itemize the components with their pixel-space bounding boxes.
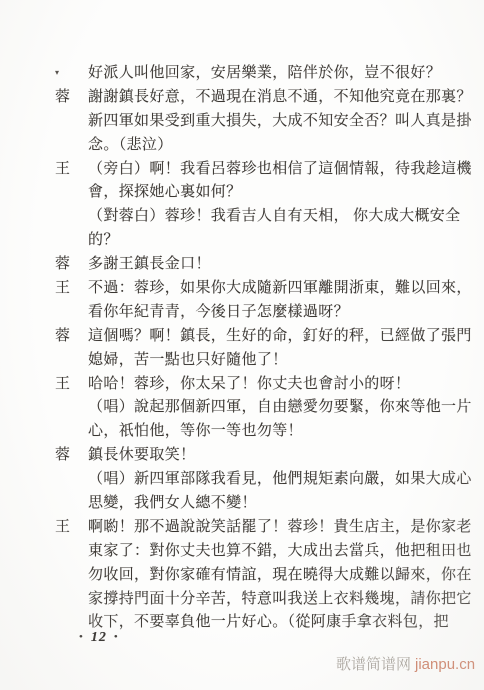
watermark-site-domain: jianpu.cn xyxy=(415,656,475,673)
dialogue-text: 啊喲！那不過說說笑話罷了！蓉珍！貴生店主，是你家老 xyxy=(88,516,472,540)
dialogue-text: （旁白）啊！我看呂蓉珍也相信了這個情報，待我趁這機 xyxy=(88,158,472,182)
speaker-label: 王 xyxy=(55,158,88,182)
script-line: 思變，我們女人總不變！ xyxy=(55,492,457,516)
script-line: （唱）說起那個新四軍，自由戀愛勿要緊，你來等他一片 xyxy=(55,396,457,420)
page-number-value: 12 xyxy=(91,630,107,645)
speaker-label: 蓉 xyxy=(55,325,88,349)
script-line: 王 （旁白）啊！我看呂蓉珍也相信了這個情報，待我趁這機 xyxy=(55,158,457,182)
speaker-label: 王 xyxy=(55,373,88,397)
script-line: 家撐持門面十分辛苦，特意叫我送上衣料幾塊，請你把它 xyxy=(55,588,457,612)
page-number-dot-right: • xyxy=(107,631,126,643)
script-line: ▾ 好派人叫他回家，安居樂業，陪伴於你，豈不很好？ xyxy=(55,62,457,86)
speaker-label xyxy=(55,349,88,373)
script-line: 蓉 多謝王鎮長金口！ xyxy=(55,253,457,277)
speaker-label xyxy=(55,420,88,444)
script-line: 蓉 謝謝鎮長好意，不過現在消息不通，不知他究竟在那裏？ xyxy=(55,86,457,110)
dialogue-text: 新四軍如果受到重大損失，大成不知安全否？叫人真是掛 xyxy=(88,110,472,134)
dialogue-text: 收下，不要辜負他一片好心。（從阿康手拿衣料包，把 xyxy=(88,611,457,635)
dialogue-text: 東家了：對你丈夫也算不錯，大成出去當兵，他把租田也 xyxy=(88,540,472,564)
speaker-label xyxy=(55,492,88,516)
dialogue-text: 念。（悲泣） xyxy=(88,134,457,158)
speaker-label xyxy=(55,134,88,158)
document-page: ▾ 好派人叫他回家，安居樂業，陪伴於你，豈不很好？ 蓉 謝謝鎮長好意，不過現在消… xyxy=(0,0,484,690)
script-line: 王 啊喲！那不過說說笑話罷了！蓉珍！貴生店主，是你家老 xyxy=(55,516,457,540)
speaker-label: 王 xyxy=(55,277,88,301)
dialogue-text: 勿收回，對你家確有情誼，現在曉得大成難以歸來，你在 xyxy=(88,564,472,588)
dialogue-text: 的？ xyxy=(88,229,457,253)
speaker-label: 蓉 xyxy=(55,86,88,110)
dialogue-text: （唱）說起那個新四軍，自由戀愛勿要緊，你來等他一片 xyxy=(88,396,472,420)
script-text: ▾ 好派人叫他回家，安居樂業，陪伴於你，豈不很好？ 蓉 謝謝鎮長好意，不過現在消… xyxy=(55,62,457,635)
script-line: 新四軍如果受到重大損失，大成不知安全否？叫人真是掛 xyxy=(55,110,457,134)
script-line: 念。（悲泣） xyxy=(55,134,457,158)
dialogue-text: 心，祇怕他，等你一等也勿等！ xyxy=(88,420,457,444)
speaker-label xyxy=(55,229,88,253)
script-line: 蓉 這個嗎？啊！鎮長，生好的命，釘好的秤，已經做了張門 xyxy=(55,325,457,349)
speaker-label: 蓉 xyxy=(55,253,88,277)
script-line: 王 不過：蓉珍，如果你大成隨新四軍離開浙東，難以回來， xyxy=(55,277,457,301)
dialogue-text: 思變，我們女人總不變！ xyxy=(88,492,457,516)
dialogue-text: 家撐持門面十分辛苦，特意叫我送上衣料幾塊，請你把它 xyxy=(88,588,472,612)
script-line: 王 哈哈！蓉珍，你太呆了！你丈夫也會討小的呀！ xyxy=(55,373,457,397)
speaker-label xyxy=(55,205,88,229)
speaker-label xyxy=(55,301,88,325)
script-line: 蓉 鎮長休要取笑！ xyxy=(55,444,457,468)
page-number: •12• xyxy=(72,630,126,646)
dialogue-text: 看你年紀青青，今後日子怎麼樣過呀？ xyxy=(88,301,457,325)
speaker-label: 王 xyxy=(55,516,88,540)
dialogue-text: （對蓉白）蓉珍！我看吉人自有天相， 你大成大概安全 xyxy=(88,205,461,229)
script-line: 心，祇怕他，等你一等也勿等！ xyxy=(55,420,457,444)
speaker-label xyxy=(55,564,88,588)
speaker-label xyxy=(55,396,88,420)
dialogue-text: 好派人叫他回家，安居樂業，陪伴於你，豈不很好？ xyxy=(88,62,457,86)
script-line: （唱）新四軍部隊我看見，他們規矩素向嚴，如果大成心 xyxy=(55,468,457,492)
script-line: 東家了：對你丈夫也算不錯，大成出去當兵，他把租田也 xyxy=(55,540,457,564)
script-line: 看你年紀青青，今後日子怎麼樣過呀？ xyxy=(55,301,457,325)
dialogue-text: 媳婦，苦一點也只好隨他了！ xyxy=(88,349,457,373)
watermark-site-name: 歌谱简谱网 xyxy=(336,656,411,673)
dialogue-text: 會，探探她心裏如何？ xyxy=(88,181,457,205)
script-line: 勿收回，對你家確有情誼，現在曉得大成難以歸來，你在 xyxy=(55,564,457,588)
dialogue-text: 哈哈！蓉珍，你太呆了！你丈夫也會討小的呀！ xyxy=(88,373,457,397)
dialogue-text: 這個嗎？啊！鎮長，生好的命，釘好的秤，已經做了張門 xyxy=(88,325,472,349)
speaker-label xyxy=(55,110,88,134)
speaker-label: ▾ xyxy=(55,62,88,86)
speaker-label xyxy=(55,588,88,612)
dialogue-text: 謝謝鎮長好意，不過現在消息不通，不知他究竟在那裏？ xyxy=(88,86,472,110)
dialogue-text: 鎮長休要取笑！ xyxy=(88,444,457,468)
script-line: 會，探探她心裏如何？ xyxy=(55,181,457,205)
page-number-dot-left: • xyxy=(72,631,91,643)
watermark: 歌谱简谱网jianpu.cn xyxy=(336,653,475,674)
dialogue-text: （唱）新四軍部隊我看見，他們規矩素向嚴，如果大成心 xyxy=(88,468,472,492)
dialogue-text: 不過：蓉珍，如果你大成隨新四軍離開浙東，難以回來， xyxy=(88,277,472,301)
speaker-label xyxy=(55,181,88,205)
speaker-label xyxy=(55,468,88,492)
script-line: 的？ xyxy=(55,229,457,253)
script-line: 媳婦，苦一點也只好隨他了！ xyxy=(55,349,457,373)
script-line: （對蓉白）蓉珍！我看吉人自有天相， 你大成大概安全 xyxy=(55,205,457,229)
dialogue-text: 多謝王鎮長金口！ xyxy=(88,253,457,277)
speaker-label: 蓉 xyxy=(55,444,88,468)
speaker-label xyxy=(55,540,88,564)
